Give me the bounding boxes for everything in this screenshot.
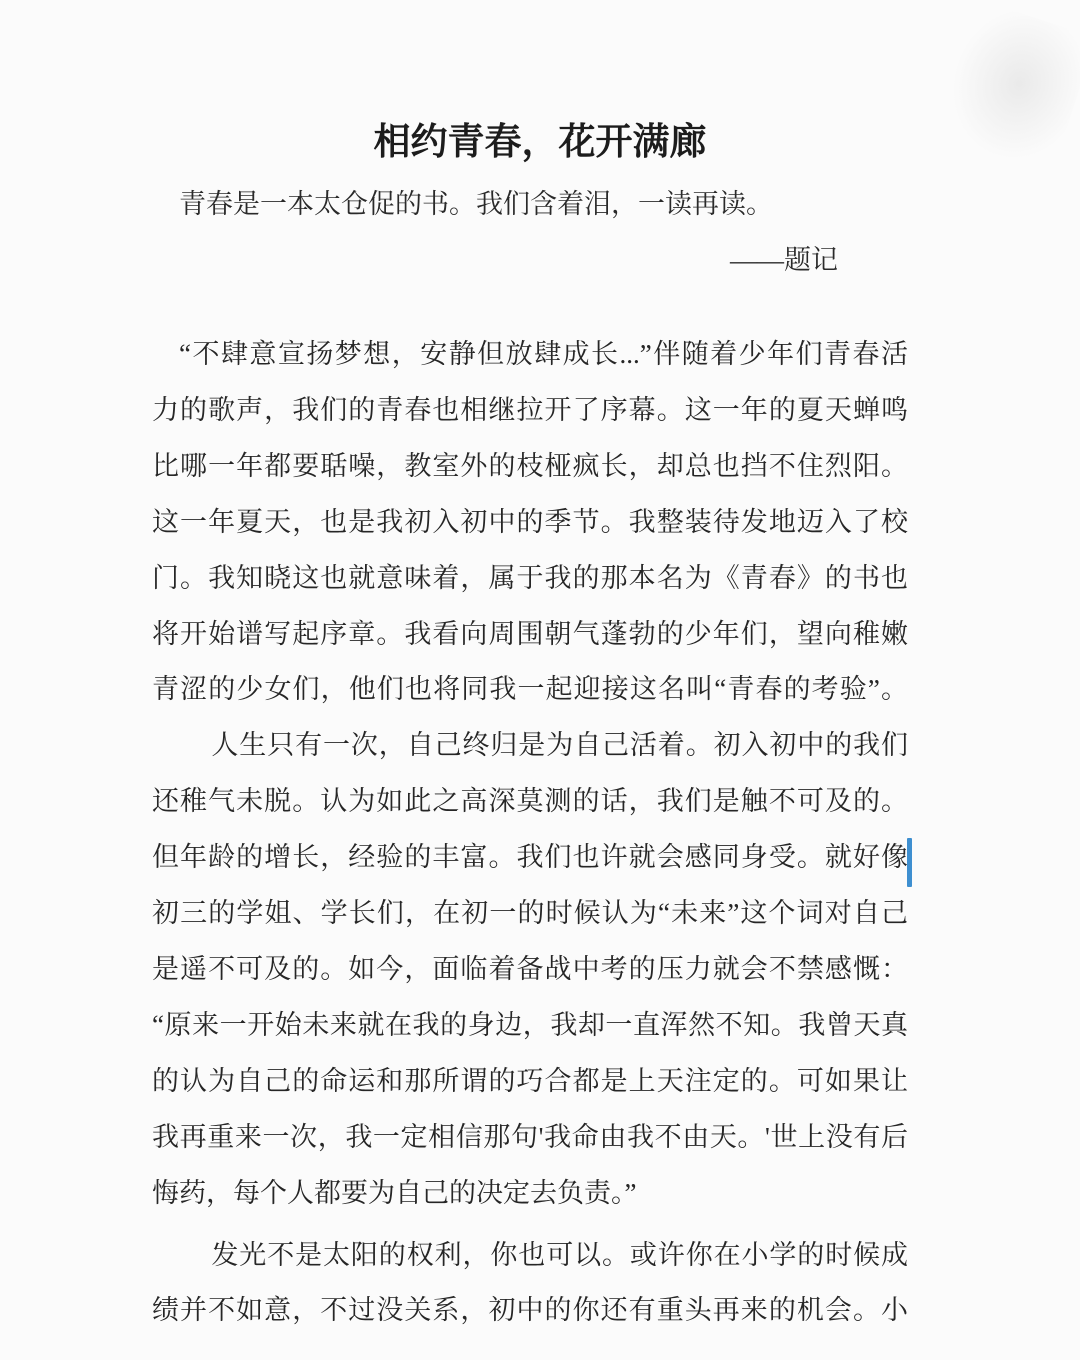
epigraph: 青春是一本太仓促的书。我们含着泪，一读再读。 ——题记	[152, 177, 908, 289]
epigraph-attribution[interactable]: ——题记	[152, 233, 908, 289]
paragraph: “不肆意宣扬梦想，安静但放肆成长...”伴随着少年们青春活力的歌声，我们的青春也…	[152, 327, 908, 718]
text-line[interactable]: 比哪一年都要聒噪，教室外的枝桠疯长，却总也挡不住烈阳。	[152, 439, 908, 495]
document-title[interactable]: 相约青春，花开满廊	[0, 121, 1080, 165]
text-line[interactable]: “不肆意宣扬梦想，安静但放肆成长...”伴随着少年们青春活	[152, 327, 908, 383]
text-line[interactable]: 悔药，每个人都要为自己的决定去负责。”	[152, 1166, 908, 1222]
text-line[interactable]: 门。我知晓这也就意味着，属于我的那本名为《青春》的书也	[152, 551, 908, 607]
text-line[interactable]: 但年龄的增长，经验的丰富。我们也许就会感同身受。就好像	[152, 830, 908, 886]
text-line[interactable]: 青涩的少女们，他们也将同我一起迎接这名叫“青春的考验”。	[152, 662, 908, 718]
essay-body[interactable]: “不肆意宣扬梦想，安静但放肆成长...”伴随着少年们青春活力的歌声，我们的青春也…	[152, 327, 908, 1339]
text-line[interactable]: 初三的学姐、学长们，在初一的时候认为“未来”这个词对自己	[152, 886, 908, 942]
text-cursor	[907, 838, 912, 887]
epigraph-quote[interactable]: 青春是一本太仓促的书。我们含着泪，一读再读。	[152, 177, 908, 233]
paragraph: 人生只有一次，自己终归是为自己活着。初入初中的我们还稚气未脱。认为如此之高深莫测…	[152, 718, 908, 1221]
text-line[interactable]: 还稚气未脱。认为如此之高深莫测的话，我们是触不可及的。	[152, 774, 908, 830]
paragraph: 发光不是太阳的权利，你也可以。或许你在小学的时候成绩并不如意，不过没关系，初中的…	[152, 1228, 908, 1340]
text-line[interactable]: 发光不是太阳的权利，你也可以。或许你在小学的时候成	[152, 1228, 908, 1284]
text-line[interactable]: 将开始谱写起序章。我看向周围朝气蓬勃的少年们，望向稚嫩	[152, 607, 908, 663]
text-line[interactable]: 绩并不如意，不过没关系，初中的你还有重头再来的机会。小	[152, 1283, 908, 1339]
document-page: 相约青春，花开满廊 青春是一本太仓促的书。我们含着泪，一读再读。 ——题记 “不…	[0, 0, 1080, 1360]
text-line[interactable]: 人生只有一次，自己终归是为自己活着。初入初中的我们	[152, 718, 908, 774]
text-line[interactable]: “原来一开始未来就在我的身边，我却一直浑然不知。我曾天真	[152, 998, 908, 1054]
text-line[interactable]: 我再重来一次，我一定相信那句'我命由我不由天。'世上没有后	[152, 1110, 908, 1166]
text-line[interactable]: 是遥不可及的。如今，面临着备战中考的压力就会不禁感慨：	[152, 942, 908, 998]
text-line[interactable]: 力的歌声，我们的青春也相继拉开了序幕。这一年的夏天蝉鸣	[152, 383, 908, 439]
text-line[interactable]: 的认为自己的命运和那所谓的巧合都是上天注定的。可如果让	[152, 1054, 908, 1110]
text-line[interactable]: 这一年夏天，也是我初入初中的季节。我整装待发地迈入了校	[152, 495, 908, 551]
